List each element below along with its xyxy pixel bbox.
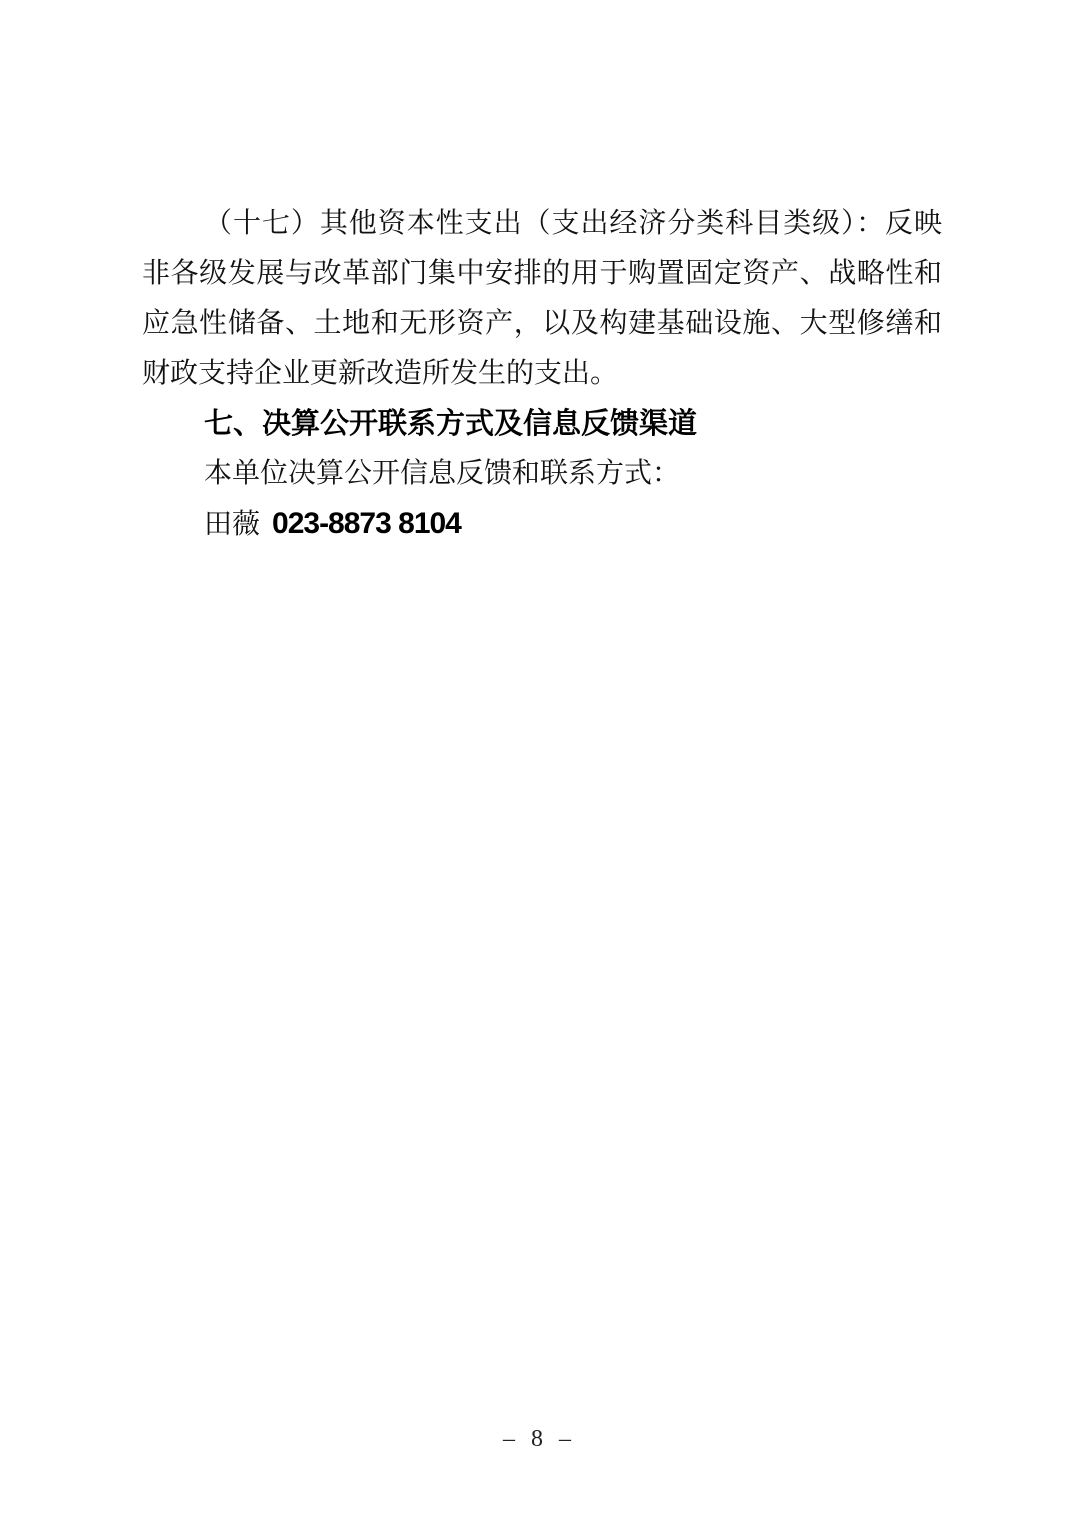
document-page: （十七）其他资本性支出（支出经济分类科目类级）：反映 非各级发展与改革部门集中安… [0, 0, 1074, 1520]
section-7-heading: 七、决算公开联系方式及信息反馈渠道 [142, 399, 942, 449]
paragraph-17-line-4: 财政支持企业更新改造所发生的支出。 [142, 349, 942, 399]
contact-name: 田薇 [204, 509, 260, 540]
page-footer: – 8 – [0, 1426, 1074, 1453]
contact-intro: 本单位决算公开信息反馈和联系方式： [142, 449, 942, 499]
paragraph-17-line-2: 非各级发展与改革部门集中安排的用于购置固定资产、战略性和 [142, 249, 942, 299]
paragraph-17-line-1: （十七）其他资本性支出（支出经济分类科目类级）：反映 [142, 199, 942, 249]
page-number: – 8 – [503, 1426, 571, 1452]
text-block: （十七）其他资本性支出（支出经济分类科目类级）：反映 非各级发展与改革部门集中安… [142, 199, 942, 550]
paragraph-17-line-3: 应急性储备、土地和无形资产，以及构建基础设施、大型修缮和 [142, 299, 942, 349]
contact-line: 田薇023-8873 8104 [142, 499, 942, 550]
contact-phone: 023-8873 8104 [272, 507, 461, 540]
